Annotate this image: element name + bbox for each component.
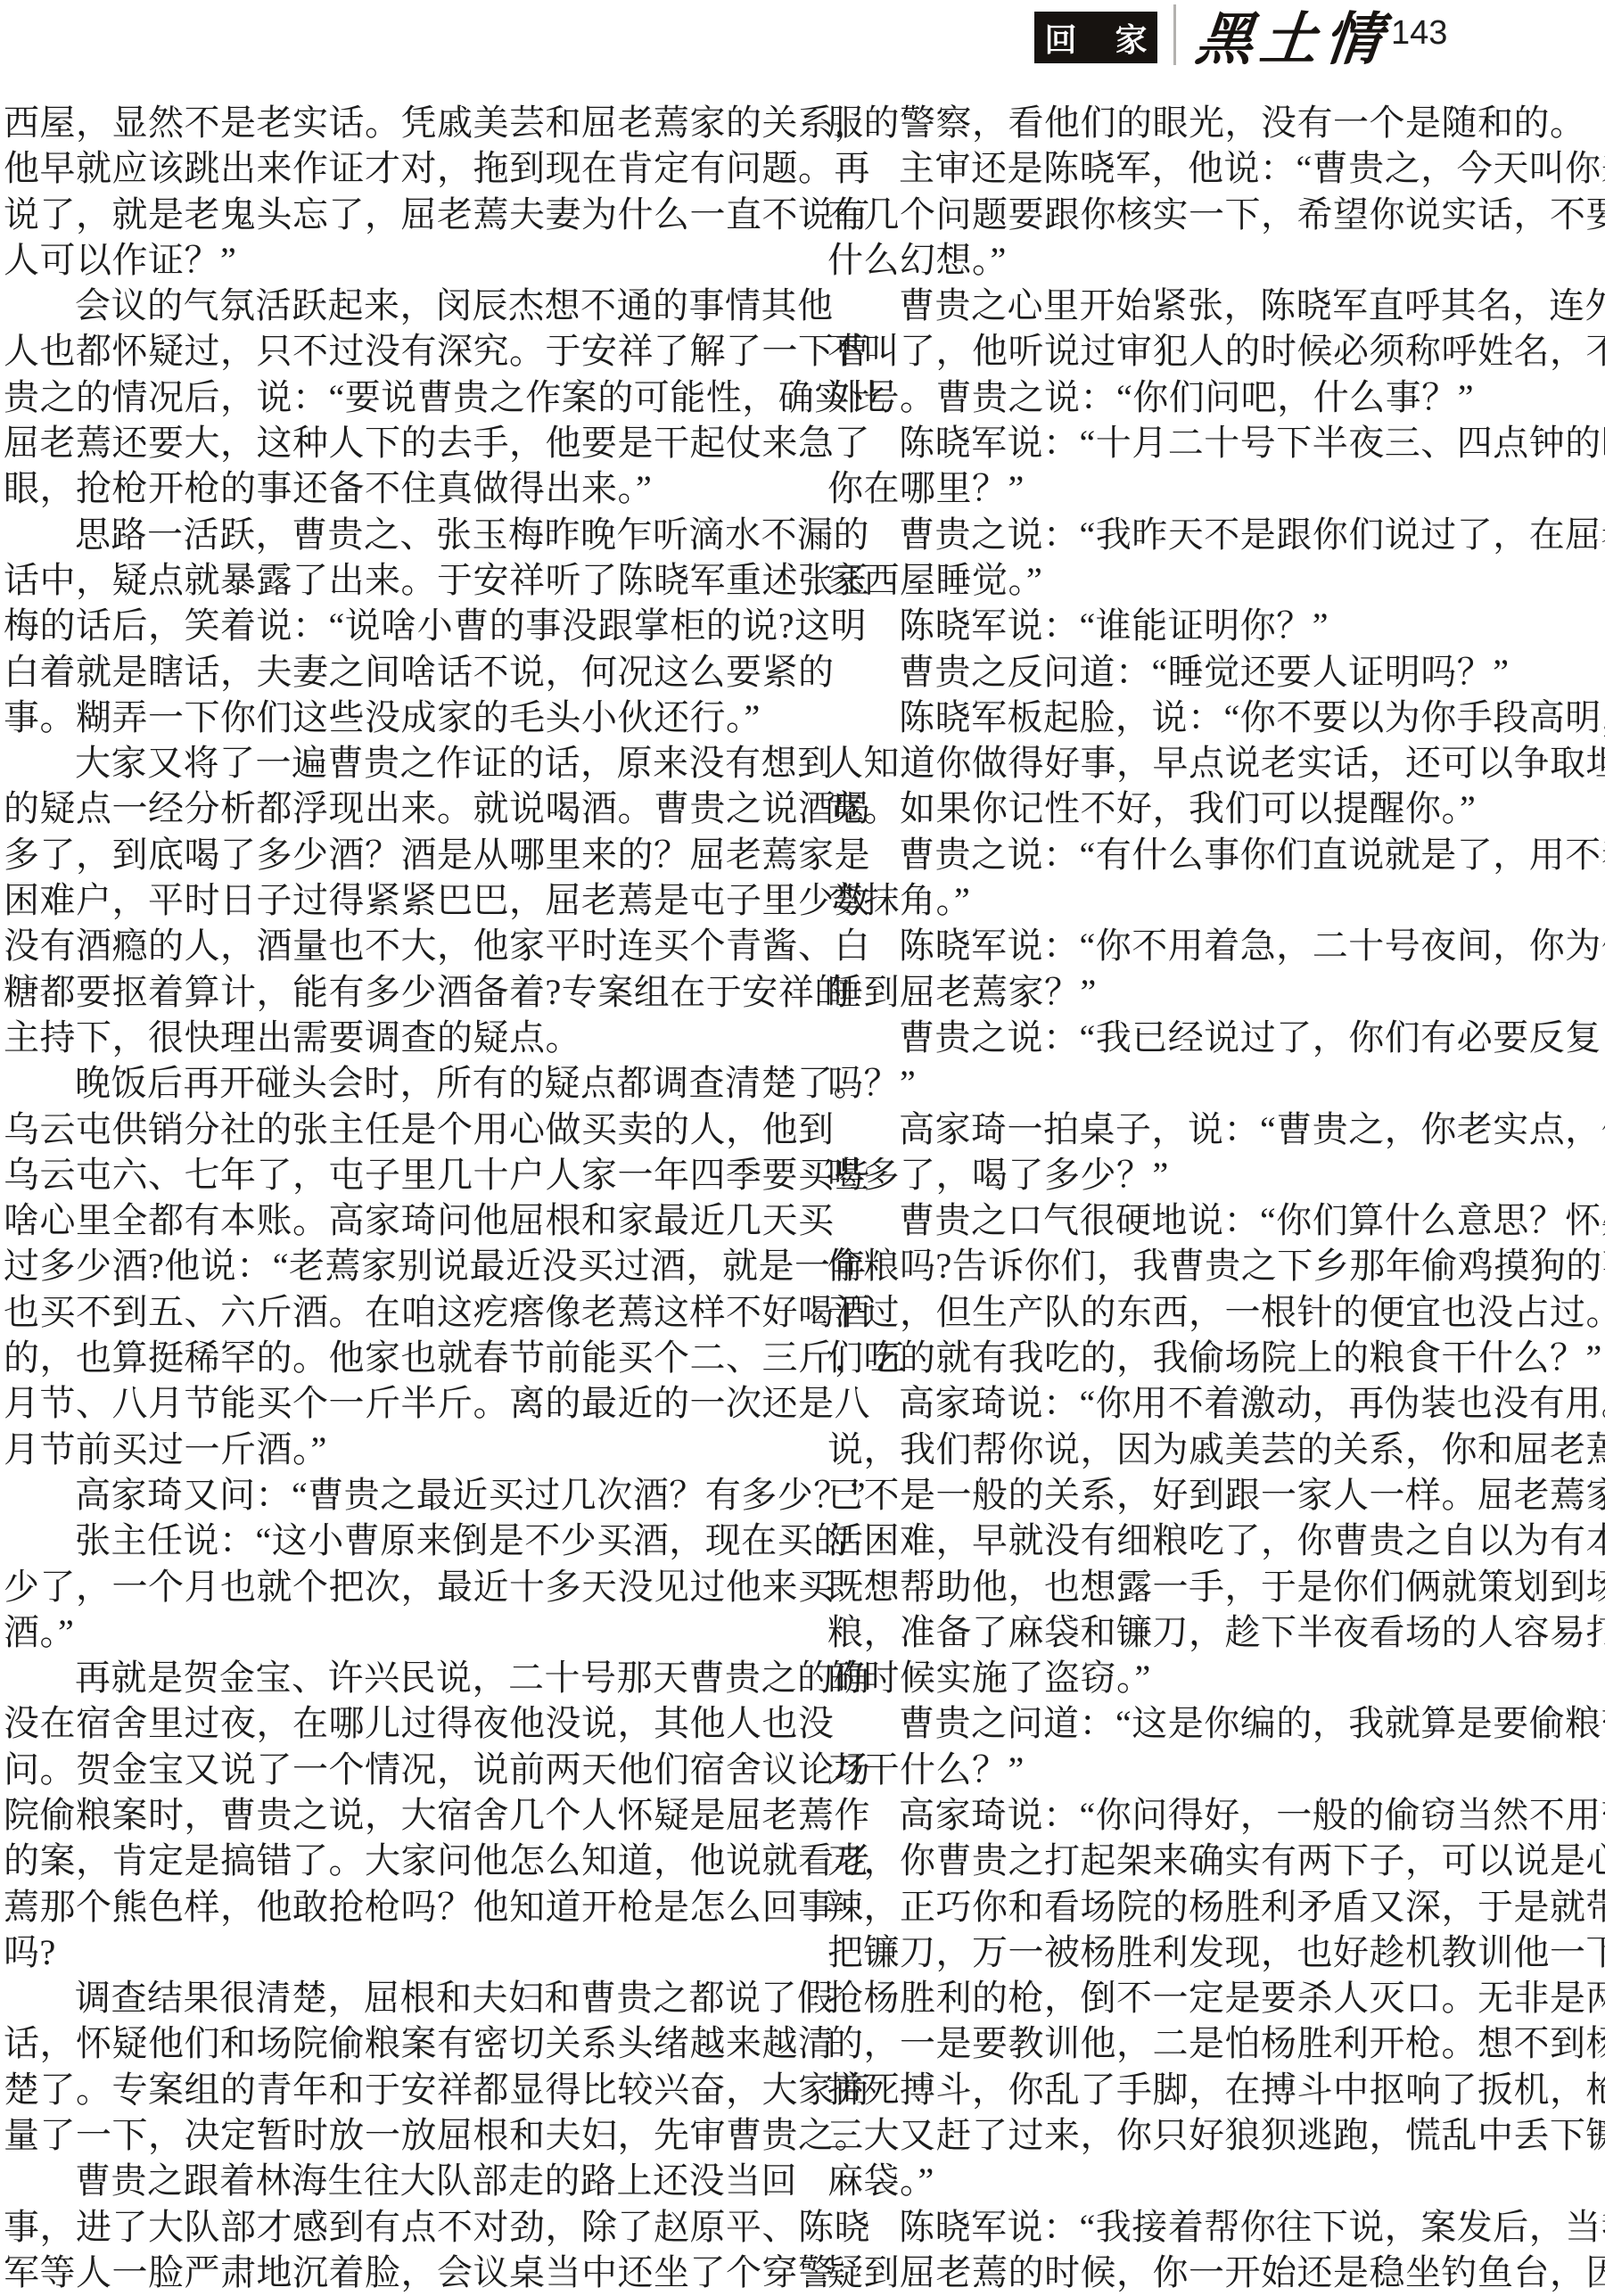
text-column-right: 服的警察，看他们的眼光，没有一个是随和的。主审还是陈晓军，他说：“曹贵之，今天叫… — [827, 100, 1605, 2295]
text-line: 主持下，很快理出需要调查的疑点。 — [4, 1015, 794, 1060]
text-line: 抢杨胜利的枪，倒不一定是要杀人灭口。无非是两个目 — [827, 1975, 1605, 2020]
text-line: 们吃的就有我吃的，我偷场院上的粮食干什么？” — [827, 1335, 1605, 1380]
magazine-page: 回 家 黑土情 143 西屋，显然不是老实话。凭戚美芸和屈老蔫家的关系，他早就应… — [0, 0, 1605, 2296]
text-line: 曹贵之说：“有什么事你们直说就是了，用不着拐 — [827, 832, 1605, 877]
text-line: 多了，到底喝了多少酒？酒是从哪里来的？屈老蔫家是 — [4, 832, 794, 877]
text-line: 晚饭后再开碰头会时，所有的疑点都调查清楚了。 — [4, 1060, 794, 1106]
text-line: 陈晓军说：“你不用着急，二十号夜间，你为什么要 — [827, 923, 1605, 968]
text-line: 的时候实施了盗窃。” — [827, 1655, 1605, 1700]
text-line: 少了，一个月也就个把次，最近十多天没见过他来买 — [4, 1564, 794, 1609]
text-line: 不叫了，他听说过审犯人的时候必须称呼姓名，不能称 — [827, 328, 1605, 374]
text-line: 陈晓军说：“十月二十号下半夜三、四点钟的时候， — [827, 420, 1605, 465]
magazine-logo: 黑土情 — [1192, 0, 1393, 73]
text-line: 说，我们帮你说，因为戚美芸的关系，你和屈老蔫家早 — [827, 1427, 1605, 1472]
text-line: 事。糊弄一下你们这些没成家的毛头小伙还行。” — [4, 695, 794, 740]
text-line: 有几个问题要跟你核实一下，希望你说实话，不要抱有 — [827, 192, 1605, 237]
text-line: 曹贵之反问道：“睡觉还要人证明吗？” — [827, 649, 1605, 695]
text-line: 高家琦又问：“曹贵之最近买过几次酒？有多少？” — [4, 1472, 794, 1518]
text-line: 陈晓军板起脸，说：“你不要以为你手段高明，就没 — [827, 695, 1605, 740]
section-title: 回 家 — [1044, 15, 1147, 61]
text-line: 月节、八月节能买个一斤半斤。离的最近的一次还是八 — [4, 1380, 794, 1426]
text-line: 月节前买过一斤酒。” — [4, 1427, 794, 1472]
text-line: 的，也算挺稀罕的。他家也就春节前能买个二、三斤，五 — [4, 1335, 794, 1380]
text-line: 事，进了大队部才感到有点不对劲，除了赵原平、陈晓 — [4, 2204, 794, 2250]
text-line: 困难户，平时日子过得紧紧巴巴，屈老蔫是屯子里少数 — [4, 877, 794, 923]
page-number: 143 — [1391, 14, 1447, 53]
text-line: 主审还是陈晓军，他说：“曹贵之，今天叫你来，是 — [827, 145, 1605, 191]
text-line: 疑到屈老蔫的时候，你一开始还是稳坐钓鱼台，因为你 — [827, 2250, 1605, 2295]
text-line: 已不是一般的关系，好到跟一家人一样。屈老蔫家庭生 — [827, 1472, 1605, 1518]
text-line: 干过，但生产队的东西，一根针的便宜也没占过。有你 — [827, 1289, 1605, 1335]
text-line: 曹贵之问道：“这是你编的，我就算是要偷粮带镰 — [827, 1700, 1605, 1746]
text-line: 人也都怀疑过，只不过没有深究。于安祥了解了一下曹 — [4, 328, 794, 374]
text-line: 酒。” — [4, 1609, 794, 1655]
text-line: 偷粮吗?告诉你们，我曹贵之下乡那年偷鸡摸狗的事是 — [827, 1243, 1605, 1288]
text-line: 人知道你做得好事，早点说老实话，还可以争取坦白从 — [827, 740, 1605, 786]
text-line: 话中，疑点就暴露了出来。于安祥听了陈晓军重述张玉 — [4, 557, 794, 603]
text-line: 糖都要抠着算计，能有多少酒备着?专案组在于安祥的 — [4, 969, 794, 1015]
text-line: 高家琦说：“你用不着激动，再伪装也没有用。你不 — [827, 1380, 1605, 1426]
text-line: 没有酒瘾的人，酒量也不大，他家平时连买个青酱、白 — [4, 923, 794, 968]
text-line: 刀，你曹贵之打起架来确实有两下子，可以说是心狠手 — [827, 1838, 1605, 1883]
text-line: 三大又赶了过来，你只好狼狈逃跑，慌乱中丢下镰刀和 — [827, 2112, 1605, 2158]
text-line: 说了，就是老鬼头忘了，屈老蔫夫妻为什么一直不说有 — [4, 192, 794, 237]
text-line: 曹贵之跟着林海生往大队部走的路上还没当回 — [4, 2158, 794, 2203]
text-line: 喝多了，喝了多少？” — [827, 1152, 1605, 1197]
text-line: 的疑点一经分析都浮现出来。就说喝酒。曹贵之说酒喝 — [4, 786, 794, 831]
text-line: 乌云屯供销分社的张主任是个用心做买卖的人，他到 — [4, 1107, 794, 1152]
text-line: 你在哪里？” — [827, 465, 1605, 511]
text-line: 眼，抢枪开枪的事还备不住真做得出来。” — [4, 465, 794, 511]
text-line: 刀干什么？” — [827, 1747, 1605, 1792]
text-line: 会议的气氛活跃起来，闵辰杰想不通的事情其他 — [4, 283, 794, 328]
text-line: 陈晓军说：“我接着帮你往下说，案发后，当我们怀 — [827, 2204, 1605, 2250]
text-line: 院偷粮案时，曹贵之说，大宿舍几个人怀疑是屈老蔫作 — [4, 1792, 794, 1838]
text-line: 西屋，显然不是老实话。凭戚美芸和屈老蔫家的关系， — [4, 100, 794, 145]
text-line: 外号。曹贵之说：“你们问吧，什么事？” — [827, 374, 1605, 420]
text-line: 既想帮助他，也想露一手，于是你们俩就策划到场院偷 — [827, 1564, 1605, 1609]
header-divider — [1173, 4, 1176, 65]
text-line: 屈老蔫还要大，这种人下的去手，他要是干起仗来急了 — [4, 420, 794, 465]
text-line: 高家琦说：“你问得好，一般的偷窃当然不用带镰 — [827, 1792, 1605, 1838]
text-line: 服的警察，看他们的眼光，没有一个是随和的。 — [827, 100, 1605, 145]
text-line: 也买不到五、六斤酒。在咱这疙瘩像老蔫这样不好喝酒 — [4, 1289, 794, 1335]
text-line: 白着就是瞎话，夫妻之间啥话不说，何况这么要紧的 — [4, 649, 794, 695]
text-line: 家西屋睡觉。” — [827, 557, 1605, 603]
text-line: 人可以作证？” — [4, 237, 794, 283]
text-line: 把镰刀，万一被杨胜利发现，也好趁机教训他一下，你 — [827, 1930, 1605, 1975]
text-line: 麻袋。” — [827, 2158, 1605, 2203]
text-line: 再就是贺金宝、许兴民说，二十号那天曹贵之的确 — [4, 1655, 794, 1700]
text-line: 思路一活跃，曹贵之、张玉梅昨晚乍听滴水不漏的 — [4, 512, 794, 557]
text-line: 活困难，早就没有细粮吃了，你曹贵之自以为有本事， — [827, 1518, 1605, 1563]
text-line: 他早就应该跳出来作证才对，拖到现在肯定有问题。再 — [4, 145, 794, 191]
text-line: 梅的话后，笑着说：“说啥小曹的事没跟掌柜的说?这明 — [4, 603, 794, 648]
text-line: 问。贺金宝又说了一个情况，说前两天他们宿舍议论场 — [4, 1747, 794, 1792]
text-line: 话，怀疑他们和场院偷粮案有密切关系头绪越来越清 — [4, 2020, 794, 2066]
text-line: 过多少酒?他说：“老蔫家别说最近没买过酒，就是一年 — [4, 1243, 794, 1288]
text-line: 曹贵之心里开始紧张，陈晓军直呼其名，连外号都 — [827, 283, 1605, 328]
text-line: 贵之的情况后，说：“要说曹贵之作案的可能性，确实比 — [4, 374, 794, 420]
text-line: 高家琦一拍桌子，说：“曹贵之，你老实点，你说酒 — [827, 1107, 1605, 1152]
text-line: 曹贵之说：“我昨天不是跟你们说过了，在屈老蔫 — [827, 512, 1605, 557]
text-line: 陈晓军说：“谁能证明你？” — [827, 603, 1605, 648]
text-line: 调查结果很清楚，屈根和夫妇和曹贵之都说了假 — [4, 1975, 794, 2020]
text-line: 量了一下，决定暂时放一放屈根和夫妇，先审曹贵之。 — [4, 2112, 794, 2158]
text-column-left: 西屋，显然不是老实话。凭戚美芸和屈老蔫家的关系，他早就应该跳出来作证才对，拖到现… — [4, 100, 794, 2295]
text-line: 张主任说：“这小曹原来倒是不少买酒，现在买的 — [4, 1518, 794, 1563]
section-title-box: 回 家 — [1034, 12, 1157, 63]
text-line: 大家又将了一遍曹贵之作证的话，原来没有想到 — [4, 740, 794, 786]
text-line: 什么幻想。” — [827, 237, 1605, 283]
text-line: 吗？” — [827, 1060, 1605, 1106]
text-line: 曹贵之说：“我已经说过了，你们有必要反复问 — [827, 1015, 1605, 1060]
text-line: 睡到屈老蔫家？” — [827, 969, 1605, 1015]
text-line: 啥心里全都有本账。高家琦问他屈根和家最近几天买 — [4, 1197, 794, 1243]
text-line: 拼死搏斗，你乱了手脚，在搏斗中抠响了扳机，枪一响， — [827, 2067, 1605, 2112]
text-line: 没在宿舍里过夜，在哪儿过得夜他没说，其他人也没 — [4, 1700, 794, 1746]
text-line: 宽。如果你记性不好，我们可以提醒你。” — [827, 786, 1605, 831]
text-line: 军等人一脸严肃地沉着脸，会议桌当中还坐了个穿警 — [4, 2250, 794, 2295]
text-line: 乌云屯六、七年了，屯子里几十户人家一年四季要买些 — [4, 1152, 794, 1197]
text-line: 蔫那个熊色样，他敢抢枪吗？他知道开枪是怎么回事 — [4, 1884, 794, 1930]
text-line: 弯抹角。” — [827, 877, 1605, 923]
text-line: 楚了。专案组的青年和于安祥都显得比较兴奋，大家商 — [4, 2067, 794, 2112]
text-line: 辣，正巧你和看场院的杨胜利矛盾又深，于是就带了一 — [827, 1884, 1605, 1930]
text-line: 吗? — [4, 1930, 794, 1975]
text-line: 曹贵之口气很硬地说：“你们算什么意思？怀疑我 — [827, 1197, 1605, 1243]
text-line: 的案，肯定是搞错了。大家问他怎么知道，他说就看老 — [4, 1838, 794, 1883]
text-line: 的，一是要教训他，二是怕杨胜利开枪。想不到杨胜利 — [827, 2020, 1605, 2066]
text-line: 粮，准备了麻袋和镰刀，趁下半夜看场的人容易打瞌睡 — [827, 1609, 1605, 1655]
